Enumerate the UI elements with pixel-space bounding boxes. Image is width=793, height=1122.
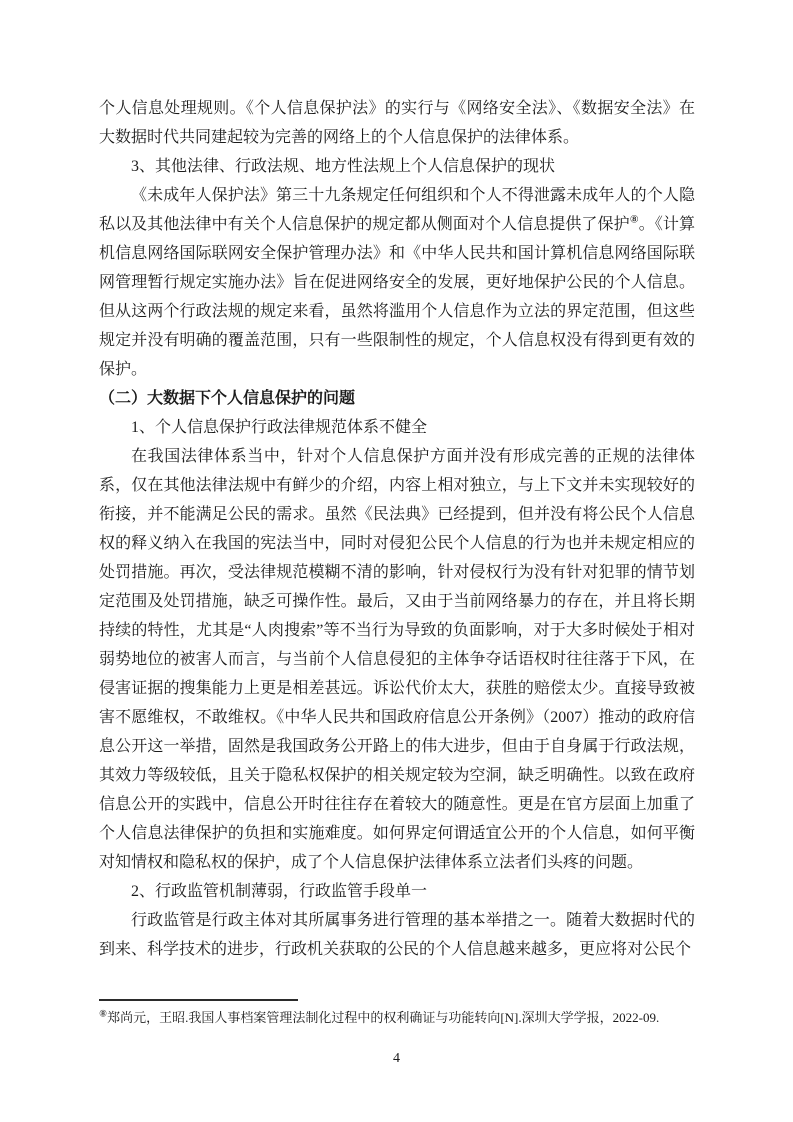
subheading-legal-norm-system: 1、个人信息保护行政法律规范体系不健全 bbox=[99, 413, 695, 442]
section-heading-problems: （二）大数据下个人信息保护的问题 bbox=[99, 384, 695, 413]
paragraph-text-before-footnote: 《未成年人保护法》第三十九条规定任何组织和个人不得泄露未成年人的个人隐私以及其他… bbox=[99, 187, 695, 233]
document-page: 个人信息处理规则。《个人信息保护法》的实行与《网络安全法》、《数据安全法》在大数… bbox=[0, 0, 793, 1122]
footnote-marker: ⑧ bbox=[99, 1009, 107, 1019]
page-number: 4 bbox=[0, 1051, 793, 1067]
footnote-area: ⑧郑尚元，王昭.我国人事档案管理法制化过程中的权利确证与功能转向[N].深圳大学… bbox=[99, 999, 695, 1027]
footnote-ref-marker: ⑧ bbox=[630, 215, 639, 226]
footnote-citation-text: 郑尚元，王昭.我国人事档案管理法制化过程中的权利确证与功能转向[N].深圳大学学… bbox=[107, 1010, 659, 1025]
footnote-separator-line bbox=[99, 999, 298, 1001]
paragraph-legal-norm-analysis: 在我国法律体系当中，针对个人信息保护方面并没有形成完善的正规的法律体系，仅在其他… bbox=[99, 442, 695, 877]
footnote: ⑧郑尚元，王昭.我国人事档案管理法制化过程中的权利确证与功能转向[N].深圳大学… bbox=[99, 1008, 695, 1027]
paragraph-admin-supervision: 行政监管是行政主体对其所属事务进行管理的基本举措之一。随着大数据时代的到来、科学… bbox=[99, 906, 695, 964]
subheading-other-laws: 3、其他法律、行政法规、地方性法规上个人信息保护的现状 bbox=[99, 152, 695, 181]
document-body: 个人信息处理规则。《个人信息保护法》的实行与《网络安全法》、《数据安全法》在大数… bbox=[99, 94, 695, 964]
paragraph-law-system-continuation: 个人信息处理规则。《个人信息保护法》的实行与《网络安全法》、《数据安全法》在大数… bbox=[99, 94, 695, 152]
subheading-admin-supervision: 2、行政监管机制薄弱，行政监管手段单一 bbox=[99, 877, 695, 906]
paragraph-text-after-footnote: 。《计算机信息网络国际联网安全保护管理办法》和《中华人民共和国计算机信息网络国际… bbox=[99, 216, 695, 378]
paragraph-other-laws-status: 《未成年人保护法》第三十九条规定任何组织和个人不得泄露未成年人的个人隐私以及其他… bbox=[99, 181, 695, 384]
